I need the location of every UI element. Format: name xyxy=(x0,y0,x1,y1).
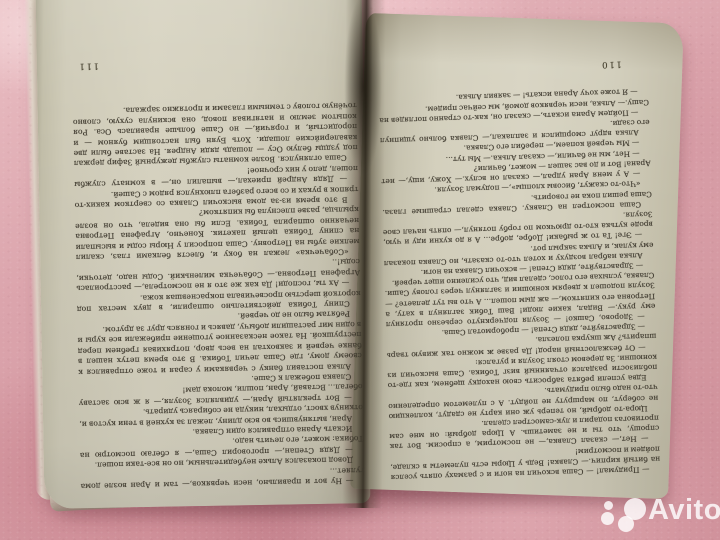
avito-logo-circle-bottom xyxy=(618,516,634,532)
paragraph: — Ах ты, господи! Да как же это я не пос… xyxy=(76,256,361,293)
paragraph: Алька поставил банку с червяками у сарая… xyxy=(77,319,362,377)
page-111-text: — Ну вот и правильно, неси червяков,— та… xyxy=(72,69,365,491)
page-110-text: — Придумал! — Саша вскочил на ноги и с р… xyxy=(378,74,660,482)
page-110-content: — Придумал! — Саша вскочил на ноги и с р… xyxy=(377,50,660,482)
page-number-111: 111 xyxy=(78,60,99,71)
avito-logo-circle-small xyxy=(604,501,613,510)
page-number-110: 110 xyxy=(600,59,622,70)
avito-logo-icon xyxy=(600,498,646,534)
paragraph: Саша оглянулся. Возле комнаты службы деж… xyxy=(73,100,358,168)
avito-logo-circle-left xyxy=(601,512,614,525)
avito-watermark-label: Avito xyxy=(648,494,720,527)
page-111-content: — Ну вот и правильно, неси червяков,— та… xyxy=(71,45,364,491)
avito-watermark: Avito xyxy=(592,494,720,536)
photo-scene: — Ну вот и правильно, неси червяков,— та… xyxy=(0,0,720,540)
paragraph: «Собачечка» лежал на боку и, блестя белк… xyxy=(75,204,360,262)
paragraph: — Здорово, Сашко! — Зозуля подчеркнуто с… xyxy=(384,270,655,329)
